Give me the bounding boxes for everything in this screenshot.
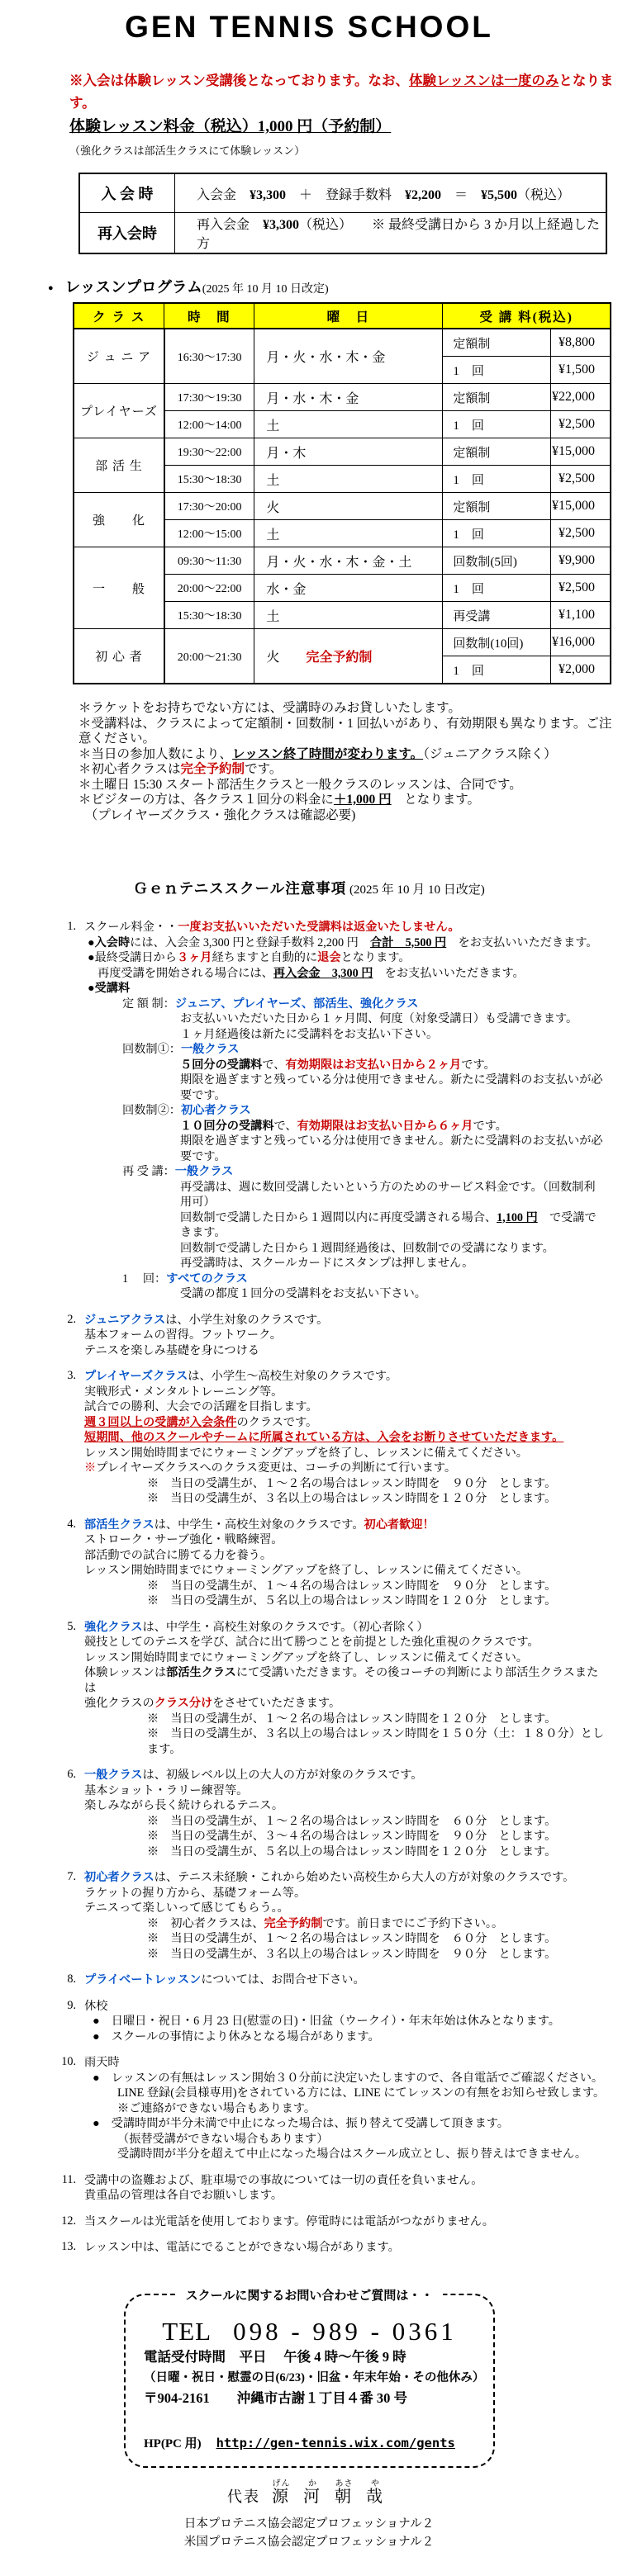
rule-line: ラケットの握り方から、基礎フォーム等。	[84, 1886, 606, 1901]
rule-line: １ヶ月経過後は新たに受講料をお支払い下さい。	[180, 1027, 606, 1043]
class-name-cell: プレイヤーズ	[74, 384, 164, 438]
name-kanji: 源	[272, 2488, 290, 2506]
price-cell: ¥16,000	[551, 629, 611, 656]
rule-line: 再度受講を開始される場合には、再入会金 3,300 円 をお支払いいただきます。	[97, 966, 606, 982]
text-part: LINE 登録(会員様専用)をされている方には、LINE にてレッスンの有無をお…	[117, 2086, 605, 2100]
rule-line: ●入会時には、入会金 3,300 円と登録手数料 2,200 円 合計 5,50…	[88, 935, 606, 951]
rule-item: 8.プライベートレッスンについては、お問合せ下さい。	[51, 1972, 606, 1988]
text-part: 再 受 講：	[122, 1165, 175, 1178]
rule-number: 5.	[51, 1620, 76, 1758]
rule-body: 受講中の盗難および、駐車場での事故については一切の責任を負いません。貴重品の管理…	[84, 2173, 606, 2204]
text-part: ● 日曜日・祝日・6 月 23 日(慰霊の日)・旧盆（ウークイ）・年末年始は休み…	[93, 2015, 560, 2028]
table-row: 初 心 者 20:00～21:30 火 完全予約制 回数制(10回) ¥16,0…	[74, 629, 611, 656]
text-part: のクラスです。	[236, 1416, 317, 1429]
text-part: ※ 当日の受講生が、３名以上の場合はレッスン時間を１２０分 とします。	[147, 1492, 556, 1505]
class-name-cell: 強 化	[74, 493, 164, 547]
trial-fee-line: 体験レッスン料金（税込）1,000 円（予約制）（強化クラスは部活生クラスにて体…	[69, 116, 618, 163]
text-part: です。	[461, 1058, 495, 1072]
rules-list: 1.スクール料金・・一度お支払いいただいた受講料は返金いたしません。●入会時には…	[51, 920, 606, 2256]
days-cell: 月・火・水・木・金	[254, 329, 443, 384]
text-part: 初心者クラス	[84, 1871, 154, 1884]
fee-type-cell: 再受講	[443, 602, 551, 629]
text-part: ※ 当日の受講生が、５名以上の場合はレッスン時間を１２０分 とします。	[147, 1845, 556, 1859]
rule-line: 部活生クラスは、中学生・高校生対象のクラスです。初心者歓迎！	[84, 1518, 606, 1533]
text-part: (2025 年 10 月 10 日改定)	[346, 883, 485, 897]
fee-type-cell: 定額制	[443, 438, 551, 466]
rule-item: 13.レッスン中は、電話にでることができない場合があります。	[51, 2240, 606, 2256]
rule-line: レッスン開始時間までにウォーミングアップを終了し、レッスンに備えてください。	[84, 1650, 606, 1666]
text-part: ※ 当日の受講生が、３～４名の場合はレッスン時間を ９０分 とします。	[147, 1830, 556, 1843]
text-part: 1,100 円	[497, 1211, 538, 1224]
text-part: 基本フォームの習得。フットワーク。	[84, 1328, 282, 1342]
fee-type-cell: 1 回	[443, 357, 551, 384]
price-cell: ¥2,000	[551, 656, 611, 684]
text-part: ＊初心者クラスは	[78, 762, 181, 776]
rule-line: ※ 当日の受講生が、５名以上の場合はレッスン時間を１２０分 とします。	[147, 1844, 606, 1860]
rule-line: 期限を過ぎますと残っている分は使用できません。新たに受講料のお支払いが必要です。	[180, 1134, 606, 1164]
rule-line: 再受講は、週に数回受講したいという方のためのサービス料金です。（回数制利用可）	[180, 1180, 606, 1210]
rule-number: 12.	[51, 2214, 76, 2230]
text-part: ＊受講料は、クラスによって定額制・回数制・1 回払いがあり、有効期限も異なります…	[78, 717, 611, 746]
text-part: （税込）	[517, 188, 570, 202]
rule-item: 1.スクール料金・・一度お支払いいただいた受講料は返金いたしません。●入会時には…	[51, 920, 606, 1302]
text-part: 回数制で受講した日から１週間以内に再度受講される場合、	[180, 1211, 497, 1224]
rule-body: 初心者クラスは、テニス未経験・これから始めたい高校生から大人の方が対象のクラスで…	[84, 1870, 606, 1962]
rule-line: ※ 当日の受講生が、３名以上の場合はレッスン時間を ９０分 とします。	[147, 1947, 606, 1963]
rule-item: 7.初心者クラスは、テニス未経験・これから始めたい高校生から大人の方が対象のクラ…	[51, 1870, 606, 1962]
text-part: 退会	[317, 951, 340, 964]
time-cell: 17:30～20:00	[164, 493, 254, 520]
col-header-fee: 受 講 料(税込)	[443, 303, 611, 329]
name-furigana: や	[366, 2479, 384, 2488]
homepage-line: HP(PC 用)http://gen-tennis.wix.com/gents	[144, 2434, 493, 2451]
text-part: ● 受講時間が半分未満で中止になった場合は、振り替えて受講して頂きます。	[93, 2117, 509, 2130]
text-part: ジュニア、プレイヤーズ、部活生、強化クラス	[175, 997, 419, 1011]
trial-lesson-intro: ※入会は体験レッスン受講後となっております。なお、体験レッスンは一度のみとなりま…	[69, 69, 618, 163]
text-part: 受講中の盗難および、駐車場での事故については一切の責任を負いません。	[84, 2174, 483, 2187]
text-part: 再受講は、週に数回受講したいという方のためのサービス料金です。（回数制利用可）	[180, 1181, 596, 1210]
rule-line: 競技としてのテニスを学び、試合に出て勝つことを前提とした強化重視のクラスです。	[84, 1635, 606, 1650]
text-part: は、テニス未経験・これから始めたい高校生から大人の方が対象のクラスです。	[154, 1871, 575, 1884]
certification-line: 日本プロテニス協会認定プロフェッショナル２	[0, 2515, 618, 2533]
text-part: 楽しみながら長く続けられるテニス。	[84, 1799, 283, 1812]
rule-line: ※ 初心者クラスは、完全予約制です。前日までにご予約下さい。。	[147, 1916, 606, 1932]
rule-line: ●最終受講日から３ヶ月経ちますと自動的に退会となります。	[88, 950, 606, 966]
rule-line: テニスを楽しみ基礎を身につける	[84, 1343, 606, 1359]
rule-line: ● 受講時間が半分未満で中止になった場合は、振り替えて受講して頂きます。	[93, 2116, 606, 2132]
text-part: ※ 初心者クラスは、	[147, 1917, 264, 1930]
price-cell: ¥15,000	[551, 493, 611, 520]
text-part: 一般クラス	[175, 1165, 234, 1178]
fee-type-cell: 1 回	[443, 575, 551, 602]
class-name-cell: 部 活 生	[74, 438, 164, 493]
rule-number: 8.	[51, 1972, 76, 1988]
text-part: （税込）	[299, 218, 372, 232]
page-title: GEN TENNIS SCHOOL	[0, 10, 618, 45]
rule-line: 週３回以上の受講が入会条件のクラスです。	[84, 1415, 606, 1431]
text-part: Ｇｅｎテニススクール注意事項	[133, 880, 346, 897]
text-part: ● レッスンの有無はレッスン開始３０分前に決定いたしますので、各自電話でご確認く…	[93, 2072, 603, 2085]
days-cell: 月・木	[254, 438, 443, 466]
text-part: をお支払いいただきます。	[373, 967, 524, 980]
rule-line: 定 額 制：ジュニア、プレイヤーズ、部活生、強化クラス	[122, 997, 606, 1012]
footnote-line: ＊土曜日 15:30 スタート部活生クラスと一般クラスのレッスンは、合同です。	[78, 778, 618, 793]
entry-row-value: 再入会金 ¥3,300（税込） ※ 最終受講日から 3 か月以上経過した方	[175, 213, 607, 254]
fee-type-cell: 1 回	[443, 466, 551, 493]
rule-line: 再 受 講：一般クラス	[122, 1164, 606, 1180]
fee-type-cell: 回数制(5回)	[443, 547, 551, 575]
text-part: レッスン中は、電話にでることができない場合があります。	[84, 2241, 400, 2254]
bullet-icon: ●	[48, 283, 54, 293]
fee-type-cell: 回数制(10回)	[443, 629, 551, 656]
text-part: は、初級レベル以上の大人の方が対象のクラスです。	[143, 1769, 423, 1782]
text-part: ※ 当日の受講生が、１～２名の場合はレッスン時間を１２０分 とします。	[147, 1712, 556, 1726]
closed-days-line: （日曜・祝日・慰霊の日(6/23)・旧盆・年末年始・その他休み）	[144, 2368, 493, 2388]
text-part: ¥3,300	[263, 218, 299, 232]
text-part: レッスン開始時間までにウォーミングアップを終了し、レッスンに備えてください。	[84, 1651, 528, 1664]
rule-line: 回数制②：初心者クラス	[122, 1103, 606, 1119]
rule-line: ※ 当日の受講生が、１～２名の場合はレッスン時間を ９０分 とします。	[147, 1476, 606, 1492]
text-part: 体験レッスンは一度のみ	[409, 73, 559, 88]
time-cell: 15:30～18:30	[164, 602, 254, 629]
text-part: ＊ビジターの方は、各クラス１回分の料金に	[78, 793, 334, 807]
class-name-cell: ジ ュ ニ ア	[74, 329, 164, 384]
phone-hours-line: 電話受付時間 平日 午後 4 時～午後 9 時	[144, 2346, 493, 2368]
text-part: で、	[274, 1120, 297, 1133]
rule-item: 4.部活生クラスは、中学生・高校生対象のクラスです。初心者歓迎！ストローク・サー…	[51, 1518, 606, 1609]
rule-body: 雨天時● レッスンの有無はレッスン開始３０分前に決定いたしますので、各自電話でご…	[84, 2055, 606, 2162]
text-part: 初心者クラス	[181, 1104, 251, 1117]
rule-line: 回数制で受講した日から１週間経過後は、回数制での受講になります。	[180, 1241, 606, 1257]
text-part: 短期間、他のスクールやチームに所属されている方は、入会をお断りさせていただきます…	[84, 1431, 563, 1444]
rule-line: プライベートレッスンについては、お問合せ下さい。	[84, 1972, 606, 1988]
rule-line: 強化クラスは、中学生・高校生対象のクラスです。（初心者除く）	[84, 1620, 606, 1636]
rule-line: 休校	[84, 1999, 606, 2015]
rule-line: 受講の都度１回分の受講料をお支払い下さい。	[180, 1286, 606, 1302]
lesson-program-title: レッスンプログラム(2025 年 10 月 10 日改定)	[65, 283, 329, 296]
rule-line: 実戦形式・メンタルトレーニング等。	[84, 1385, 606, 1400]
text-part: 1 回：	[122, 1272, 166, 1286]
text-part: お支払いいただいた日から１ヶ月間、何度（対象受講日）も受講できます。	[180, 1012, 578, 1025]
days-cell: 水・金	[254, 575, 443, 602]
text-part: 実戦形式・メンタルトレーニング等。	[84, 1385, 283, 1399]
days-cell: 火	[254, 493, 443, 520]
text-part: ＊当日の参加人数により、	[78, 747, 232, 761]
contact-box: スクールに関するお問い合わせご質問は・・ TEL098 - 989 - 0361…	[124, 2294, 495, 2468]
text-part: をさせていただきます。	[212, 1697, 340, 1710]
text-part: 貴重品の管理は各自でお願いします。	[84, 2189, 283, 2202]
price-cell: ¥15,000	[551, 438, 611, 466]
footnote-line: ＊受講料は、クラスによって定額制・回数制・1 回払いがあり、有効期限も異なります…	[78, 717, 618, 747]
text-part: 部活動での試合に勝てる力を養う。	[84, 1549, 272, 1562]
text-part: ●受講料	[88, 982, 130, 995]
rule-item: 11.受講中の盗難および、駐車場での事故については一切の責任を負いません。貴重品…	[51, 2173, 606, 2204]
text-part: 競技としてのテニスを学び、試合に出て勝つことを前提とした強化重視のクラスです。	[84, 1636, 540, 1649]
name-kanji: 哉	[366, 2488, 384, 2506]
col-header-class: ク ラ ス	[74, 303, 164, 329]
text-part: ※	[84, 1461, 96, 1475]
text-part: ※ 当日の受講生が、５名以上の場合はレッスン時間を１２０分 とします。	[147, 1594, 556, 1608]
text-part: 一般クラス	[84, 1769, 143, 1782]
col-header-days: 曜 日	[254, 303, 443, 329]
name-kanji: 朝	[335, 2488, 353, 2506]
table-row: 入 会 時 入会金 ¥3,300 ＋ 登録手数料 ¥2,200 ＝ ¥5,500…	[79, 173, 606, 213]
entry-row-label: 再入会時	[79, 213, 175, 254]
rule-body: 休校● 日曜日・祝日・6 月 23 日(慰霊の日)・旧盆（ウークイ）・年末年始は…	[84, 1999, 606, 2045]
days-cell: 土	[254, 466, 443, 493]
rule-line: ●受講料	[88, 981, 606, 997]
rule-line: 短期間、他のスクールやチームに所属されている方は、入会をお断りさせていただきます…	[84, 1430, 606, 1446]
text-part: 強化クラスの	[84, 1697, 154, 1710]
rule-item: 3.プレイヤーズクラスは、小学生～高校生対象のクラスです。実戦形式・メンタルトレ…	[51, 1369, 606, 1507]
text-part: は、中学生・高校生対象のクラスです。（初心者除く）	[143, 1621, 429, 1634]
rule-line: 1 回：すべてのクラス	[122, 1271, 606, 1287]
text-part: 期限を過ぎますと残っている分は使用できません。新たに受講料のお支払いが必要です。	[180, 1134, 603, 1163]
rule-line: ※ 当日の受講生が、１～２名の場合はレッスン時間を ６０分 とします。	[147, 1931, 606, 1947]
text-part: ５回分の受講料	[180, 1058, 262, 1072]
text-part: ※ 当日の受講生が、１～２名の場合はレッスン時間を ９０分 とします。	[147, 1477, 556, 1490]
certification-line: 米国プロテニス協会認定プロフェッショナル２	[0, 2533, 618, 2551]
text-part: 有効期限はお支払い日から６ヶ月	[297, 1120, 473, 1133]
text-part: 休校	[84, 2000, 107, 2013]
text-part: ¥2,200	[405, 188, 441, 202]
homepage-link[interactable]: http://gen-tennis.wix.com/gents	[216, 2436, 455, 2451]
representative-name: 朝あさ	[335, 2488, 353, 2506]
text-part: 一度お支払いいただいた受講料は返金いたしません。	[178, 921, 459, 934]
text-part: プライベートレッスン	[84, 1973, 201, 1986]
table-row: 再入会時 再入会金 ¥3,300（税込） ※ 最終受講日から 3 か月以上経過し…	[79, 213, 606, 254]
trial-note-line: ※入会は体験レッスン受講後となっております。なお、体験レッスンは一度のみとなりま…	[69, 69, 618, 114]
text-part: 有効期限はお支払い日から２ヶ月	[285, 1058, 461, 1072]
rule-line: ● 日曜日・祝日・6 月 23 日(慰霊の日)・旧盆（ウークイ）・年末年始は休み…	[93, 2014, 606, 2029]
rule-line: 回数制で受講した日から１週間以内に再度受講される場合、1,100 円 で受講でき…	[180, 1210, 606, 1241]
col-header-time: 時 間	[164, 303, 254, 329]
text-part: 体験レッスンは	[84, 1666, 166, 1679]
price-cell: ¥1,500	[551, 357, 611, 384]
text-part: ジュニアクラス	[84, 1314, 165, 1327]
lesson-program-table: ク ラ ス 時 間 曜 日 受 講 料(税込) ジ ュ ニ ア 16:30～17…	[73, 302, 611, 684]
text-part: 一般クラス	[181, 1043, 240, 1056]
rule-line: 受講時間が半分を超えて中止になった場合はスクール成立とし、振り替えはできません。	[117, 2147, 606, 2162]
lesson-program-heading: ●レッスンプログラム(2025 年 10 月 10 日改定)	[48, 276, 618, 297]
table-row: プレイヤーズ 17:30～19:30 月・水・木・金 定額制 ¥22,000	[74, 384, 611, 411]
text-part: 試合での勝利、大会での活躍を目指します。	[84, 1400, 318, 1413]
rule-item: 9.休校● 日曜日・祝日・6 月 23 日(慰霊の日)・旧盆（ウークイ）・年末年…	[51, 1999, 606, 2045]
rule-line: ※ 当日の受講生が、５名以上の場合はレッスン時間を１２０分 とします。	[147, 1593, 606, 1609]
name-kanji: 河	[303, 2488, 321, 2506]
text-part: 期限を過ぎますと残っている分は使用できません。新たに受講料のお支払いが必要です。	[180, 1073, 603, 1102]
text-part: １０回分の受講料	[180, 1120, 274, 1133]
rule-line: ストローク・サーブ強化・戦略練習。	[84, 1532, 606, 1548]
text-part: 初心者歓迎！	[364, 1518, 435, 1532]
text-part: プレイヤーズクラスへのクラス変更は、コーチの判断にて行います。	[96, 1461, 456, 1475]
rule-number: 1.	[51, 920, 76, 1302]
fee-type-cell: 定額制	[443, 493, 551, 520]
text-part: (2025 年 10 月 10 日改定)	[202, 283, 329, 296]
text-part: レッスン終了時間が変わります。	[232, 747, 423, 761]
days-cell: 土	[254, 411, 443, 438]
rule-number: 11.	[51, 2173, 76, 2204]
rule-body: プレイヤーズクラスは、小学生～高校生対象のクラスです。実戦形式・メンタルトレーニ…	[84, 1369, 606, 1507]
text-part: 受講の都度１回分の受講料をお支払い下さい。	[180, 1287, 426, 1300]
text-part: 再受講時は、スクールカードにスタンプは押しません。	[180, 1257, 473, 1270]
text-part: （ジュニアクラス除く）	[423, 747, 557, 761]
text-part: をお支払いいただきます。	[446, 936, 597, 949]
footnote-line: ＊当日の参加人数により、レッスン終了時間が変わります。（ジュニアクラス除く）	[78, 747, 618, 763]
text-part: 完全予約制	[279, 651, 372, 665]
name-furigana: あさ	[335, 2479, 353, 2488]
text-part: 基本ショット・ラリー練習等。	[84, 1784, 248, 1797]
rule-item: 2.ジュニアクラスは、小学生対象のクラスです。基本フォームの習得。フットワーク。…	[51, 1313, 606, 1359]
table-row: 強 化 17:30～20:00 火 定額制 ¥15,000	[74, 493, 611, 520]
rule-number: 13.	[51, 2240, 76, 2256]
table-row: 部 活 生 19:30～22:00 月・木 定額制 ¥15,000	[74, 438, 611, 466]
rule-line: 雨天時	[84, 2055, 606, 2071]
rule-line: 試合での勝利、大会での活躍を目指します。	[84, 1399, 606, 1415]
text-part: （振替受講ができない場合もあります）	[117, 2133, 328, 2146]
text-part: レッスンプログラム	[65, 280, 202, 296]
rule-line: 部活動での試合に勝てる力を養う。	[84, 1548, 606, 1564]
contact-box-label: スクールに関するお問い合わせご質問は・・	[176, 2286, 444, 2304]
text-part: 雨天時	[84, 2056, 120, 2069]
text-part: ３ヶ月	[177, 951, 212, 964]
entry-row-label: 入 会 時	[79, 173, 175, 213]
representative-name: 河か	[303, 2488, 321, 2506]
phone-number-line: TEL098 - 989 - 0361	[126, 2317, 493, 2346]
rule-line: お支払いいただいた日から１ヶ月間、何度（対象受講日）も受講できます。	[180, 1011, 606, 1027]
text-part: 受講時間が半分を超えて中止になった場合はスクール成立とし、振り替えはできません。	[117, 2147, 587, 2161]
rule-line: 楽しみながら長く続けられるテニス。	[84, 1798, 606, 1814]
rule-body: レッスン中は、電話にでることができない場合があります。	[84, 2240, 606, 2256]
price-cell: ¥1,100	[551, 602, 611, 629]
rule-line: 貴重品の管理は各自でお願いします。	[84, 2188, 606, 2204]
rule-line: ※ご連絡ができない場合もあります。	[117, 2101, 606, 2117]
rule-body: プライベートレッスンについては、お問合せ下さい。	[84, 1972, 606, 1988]
text-part: 入会時	[95, 936, 131, 949]
rule-line: （振替受講ができない場合もあります）	[117, 2132, 606, 2147]
table-row: 一 般 09:30～11:30 月・火・水・木・金・土 回数制(5回) ¥9,9…	[74, 547, 611, 575]
text-part: は、中学生・高校生対象のクラスです。	[154, 1518, 364, 1532]
text-part: は、小学生～高校生対象のクラスです。	[188, 1370, 397, 1383]
rule-item: 5.強化クラスは、中学生・高校生対象のクラスです。（初心者除く）競技としてのテニ…	[51, 1620, 606, 1758]
rule-line: 再受講時は、スクールカードにスタンプは押しません。	[180, 1256, 606, 1271]
text-part: 入会金	[197, 188, 250, 202]
text-part: ¥5,500	[481, 188, 517, 202]
text-part: 回数制①：	[122, 1043, 181, 1056]
text-part: ¥3,300	[250, 188, 286, 202]
days-cell: 月・火・水・木・金・土	[254, 547, 443, 575]
rule-line: 初心者クラスは、テニス未経験・これから始めたい高校生から大人の方が対象のクラスで…	[84, 1870, 606, 1886]
rule-line: LINE 登録(会員様専用)をされている方には、LINE にてレッスンの有無をお…	[117, 2086, 606, 2101]
rule-line: ● スクールの事情により休みとなる場合があります。	[93, 2029, 606, 2045]
rules-section-heading: Ｇｅｎテニススクール注意事項 (2025 年 10 月 10 日改定)	[0, 878, 618, 898]
class-name-cell: 初 心 者	[74, 629, 164, 684]
text-part: ＋1,000 円	[334, 793, 392, 807]
rule-item: 10.雨天時● レッスンの有無はレッスン開始３０分前に決定いたしますので、各自電…	[51, 2055, 606, 2162]
tennis-school-flyer: { "page": { "title": "GEN TENNIS SCHOOL"…	[0, 10, 618, 2576]
representative-name: 哉や	[366, 2488, 384, 2506]
rule-item: 12.当スクールは光電話を使用しております。停電時には電話がつながりません。	[51, 2214, 606, 2230]
text-part: ラケットの握り方から、基礎フォーム等。	[84, 1887, 306, 1900]
entry-fee-table: 入 会 時 入会金 ¥3,300 ＋ 登録手数料 ¥2,200 ＝ ¥5,500…	[78, 173, 607, 254]
text-part: ＊土曜日 15:30 スタート部活生クラスと一般クラスのレッスンは、合同です。	[78, 778, 522, 792]
text-part: レッスン開始時間までにウォーミングアップを終了し、レッスンに備えてください。	[84, 1447, 528, 1460]
representative-line: 代表源げん河か朝あさ哉や	[0, 2479, 618, 2507]
price-cell: ¥2,500	[551, 520, 611, 547]
text-part: 部活生クラス	[84, 1518, 154, 1532]
price-cell: ¥2,500	[551, 411, 611, 438]
text-part: 定 額 制：	[122, 997, 175, 1011]
price-cell: ¥2,500	[551, 466, 611, 493]
footnote-line: ＊ビジターの方は、各クラス１回分の料金に＋1,000 円 となります。	[78, 793, 618, 808]
certifications: 日本プロテニス協会認定プロフェッショナル２ 米国プロテニス協会認定プロフェッショ…	[0, 2515, 618, 2576]
rule-line: 回数制①：一般クラス	[122, 1042, 606, 1058]
text-part: ※ 当日の受講生が、３名以上の場合はレッスン時間を１５０分（土：１８０分）としま…	[147, 1727, 604, 1756]
table-row: ジ ュ ニ ア 16:30～17:30 月・火・水・木・金 定額制 ¥8,800	[74, 329, 611, 357]
hp-label: HP(PC 用)	[144, 2437, 202, 2451]
time-cell: 17:30～19:30	[164, 384, 254, 411]
text-part: スクール料金・・	[84, 921, 178, 934]
rule-line: レッスン開始時間までにウォーミングアップを終了し、レッスンに備えてください。	[84, 1563, 606, 1579]
rule-line: １０回分の受講料で、有効期限はお支払い日から６ヶ月です。	[180, 1119, 606, 1134]
time-cell: 16:30～17:30	[164, 329, 254, 384]
text-part: （プレイヤーズクラス・強化クラスは確認必要)	[78, 808, 355, 822]
rule-body: スクール料金・・一度お支払いいただいた受講料は返金いたしません。●入会時には、入…	[84, 920, 606, 1302]
representative-label: 代表	[227, 2488, 260, 2505]
rule-line: ５回分の受講料で、有効期限はお支払い日から２ヶ月です。	[180, 1058, 606, 1073]
price-cell: ¥22,000	[551, 384, 611, 411]
text-part: ※ 当日の受講生が、３名以上の場合はレッスン時間を ９０分 とします。	[147, 1948, 556, 1961]
rule-line: 当スクールは光電話を使用しております。停電時には電話がつながりません。	[84, 2214, 606, 2230]
rule-line: 体験レッスンは部活生クラスにて受講いただきます。その後コーチの判断により部活生ク…	[84, 1665, 606, 1696]
fee-type-cell: 1 回	[443, 520, 551, 547]
rule-line: ※プレイヤーズクラスへのクラス変更は、コーチの判断にて行います。	[84, 1461, 606, 1476]
text-part: ※ 当日の受講生が、１～４名の場合はレッスン時間を ９０分 とします。	[147, 1579, 556, 1593]
class-name-cell: 一 般	[74, 547, 164, 629]
text-part: ＝	[441, 188, 481, 202]
text-part: クラス分け	[154, 1697, 213, 1710]
footnote-line: ＊初心者クラスは完全予約制です。	[78, 762, 618, 778]
address-line: 〒904-2161 沖縄市古謝１丁目４番 30 号	[144, 2388, 493, 2409]
text-part: です。	[245, 762, 282, 776]
rule-line: スクール料金・・一度お支払いいただいた受講料は返金いたしません。	[84, 920, 606, 935]
rule-line: テニスって楽しいって感じてもらう。。	[84, 1901, 606, 1916]
text-part: 再度受講を開始される場合には、	[97, 967, 273, 980]
time-cell: 20:00～22:00	[164, 575, 254, 602]
text-part: 当スクールは光電話を使用しております。停電時には電話がつながりません。	[84, 2215, 494, 2228]
rule-line: レッスン中は、電話にでることができない場合があります。	[84, 2240, 606, 2256]
text-part: 火	[266, 651, 279, 665]
footnote-line: （プレイヤーズクラス・強化クラスは確認必要)	[78, 808, 618, 824]
text-part: 体験レッスン料金（税込）1,000 円（予約制）	[69, 118, 391, 135]
rule-line: 受講中の盗難および、駐車場での事故については一切の責任を負いません。	[84, 2173, 606, 2189]
price-cell: ¥8,800	[551, 329, 611, 357]
fee-type-cell: 1 回	[443, 411, 551, 438]
time-cell: 12:00～14:00	[164, 411, 254, 438]
text-part: プレイヤーズクラス	[84, 1370, 188, 1383]
rule-line: ※ 当日の受講生が、１～２名の場合はレッスン時間を ６０分 とします。	[147, 1814, 606, 1830]
tel-number: 098 - 989 - 0361	[233, 2317, 457, 2346]
price-cell: ¥2,500	[551, 575, 611, 602]
text-part: 再入会金	[197, 218, 263, 232]
text-part: です。前日までにご予約下さい。。	[322, 1917, 503, 1930]
representative-name: 源げん	[272, 2488, 290, 2506]
text-part: です。	[473, 1120, 506, 1133]
text-part: 合計 5,500 円	[370, 936, 446, 949]
footnote-line: ＊ラケットをお持ちでない方には、受講時のみお貸しいたします。	[78, 701, 618, 717]
text-part: テニスって楽しいって感じてもらう。。	[84, 1901, 289, 1915]
rule-number: 6.	[51, 1768, 76, 1859]
